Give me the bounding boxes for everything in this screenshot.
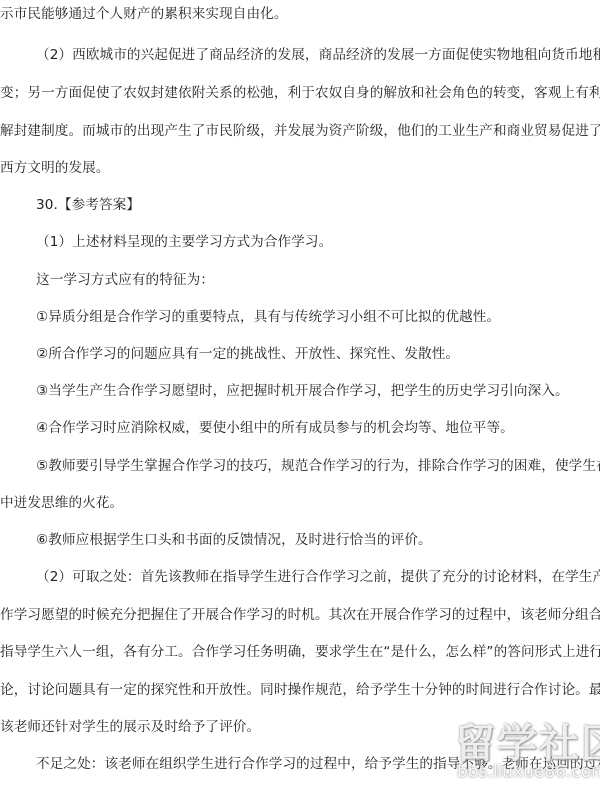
text-line: 西方文明的发展。 (0, 158, 600, 178)
text-line: 该老师还针对学生的展示及时给予了评价。 (0, 717, 600, 737)
text-line: 不足之处：该老师在组织学生进行合作学习的过程中，给予学生的指导不够。老师在巡回的… (0, 754, 600, 774)
text-line: 示市民能够通过个人财产的累积来实现自由化。 (0, 4, 600, 24)
list-item: ④合作学习时应消除权威，要使小组中的所有成员参与的机会均等、地位平等。 (0, 418, 600, 438)
list-item: ③当学生产生合作学习愿望时，应把握时机开展合作学习，把学生的历史学习引向深入。 (0, 381, 600, 401)
text-line: 这一学习方式应有的特征为： (0, 270, 600, 290)
list-item: ⑥教师应根据学生口头和书面的反馈情况，及时进行恰当的评价。 (0, 530, 600, 550)
text-line: （2）西欧城市的兴起促进了商品经济的发展，商品经济的发展一方面促使实物地租向货币… (0, 45, 600, 65)
text-line: 作学习愿望的时候充分把握住了开展合作学习的时机。其次在开展合作学习的过程中，该老… (0, 605, 600, 625)
section-heading: 30.【参考答案】 (0, 195, 600, 215)
list-item: ⑤教师要引导学生掌握合作学习的技巧，规范合作学习的行为，排除合作学习的困难，使学… (0, 456, 600, 476)
text-line: （2）可取之处：首先该教师在指导学生进行合作学习之前，提供了充分的讨论材料，在学… (0, 567, 600, 587)
text-line: 变；另一方面促使了农奴封建依附关系的松弛，利于农奴自身的解放和社会角色的转变，客… (0, 83, 600, 103)
text-line: （1）上述材料呈现的主要学习方式为合作学习。 (0, 232, 600, 252)
list-item: ①异质分组是合作学习的重要特点，具有与传统学习小组不可比拟的优越性。 (0, 307, 600, 327)
text-line: 指导学生六人一组，各有分工。合作学习任务明确，要求学生在“是什么，怎么样”的答问… (0, 642, 600, 662)
list-item: ②所合作学习的问题应具有一定的挑战性、开放性、探究性、发散性。 (0, 344, 600, 364)
text-line: 论，讨论问题具有一定的探究性和开放性。同时操作规范，给予学生十分钟的时间进行合作… (0, 680, 600, 700)
text-line: 解封建制度。而城市的出现产生了市民阶级，并发展为资产阶级，他们的工业生产和商业贸… (0, 121, 600, 141)
text-line: 中迸发思维的火花。 (0, 493, 600, 513)
